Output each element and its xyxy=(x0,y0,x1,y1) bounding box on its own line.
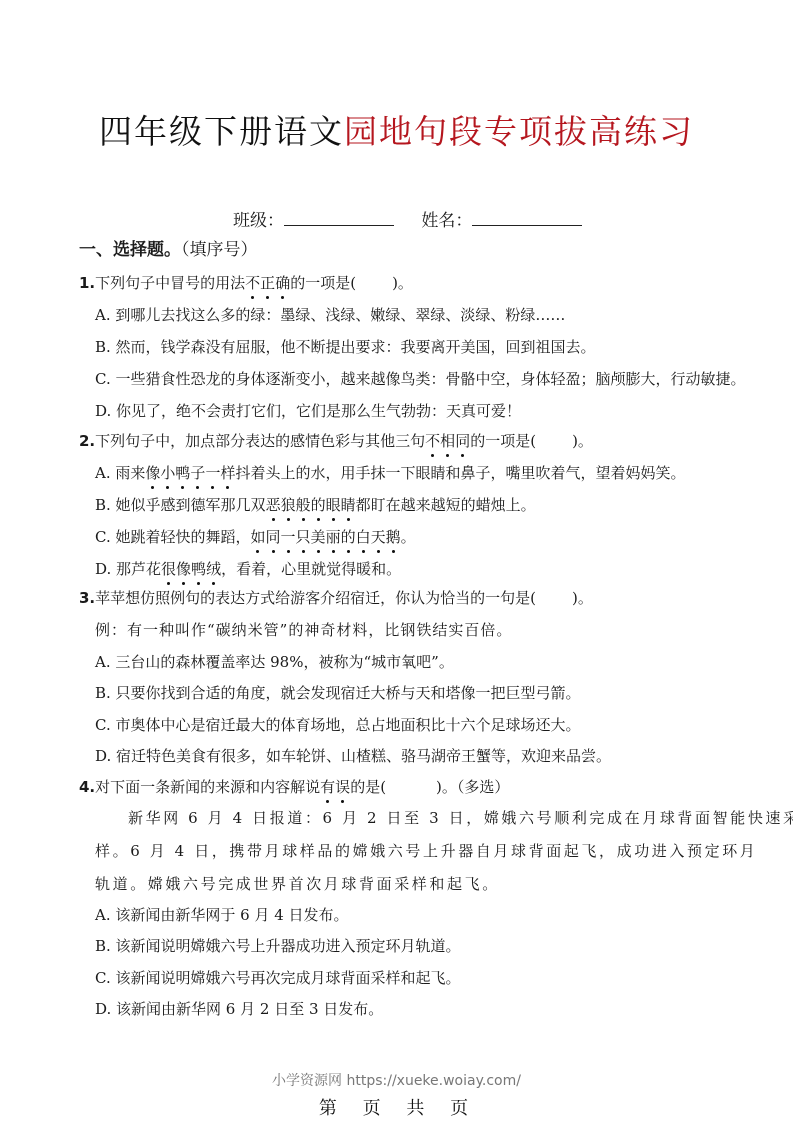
name-blank[interactable] xyxy=(472,207,582,226)
option-text: ，看着，心里就觉得暖和。 xyxy=(221,560,401,578)
footer-source-link[interactable]: 小学资源网 https://xueke.woiay.com/ xyxy=(0,1070,793,1090)
student-info: 班级： 姓名： xyxy=(233,207,582,233)
stem-text: )。（多选） xyxy=(436,778,509,796)
emphasis-char: 绒 xyxy=(206,558,221,580)
emphasis-char: 的 xyxy=(341,526,356,548)
option-3a: A. 三台山的森林覆盖率达 98%，被称为“城市氧吧”。 xyxy=(95,651,454,673)
emphasis-char: 的 xyxy=(311,494,326,516)
emphasis-char: 像 xyxy=(176,558,191,580)
stem-text: 对下面一条新闻的来源和内容解说 xyxy=(95,778,320,796)
option-4d: D. 该新闻由新华网 6 月 2 日至 3 日发布。 xyxy=(95,998,383,1020)
option-3b: B. 只要你找到合适的角度，就会发现宿迁大桥与天和塔像一把巨型弓箭。 xyxy=(95,682,581,704)
question-4-stem: 4.对下面一条新闻的来源和内容解说有误的是()。（多选） xyxy=(79,776,509,798)
question-number: 3. xyxy=(79,589,95,607)
question-number: 2. xyxy=(79,432,95,450)
emphasis-char: 有 xyxy=(320,776,335,798)
stem-text: 下列句子中，加点部分表达的感情色彩与其他三句 xyxy=(95,432,425,450)
section-heading: 一、选择题。（填序号） xyxy=(79,238,258,262)
emphasis-char: 美 xyxy=(311,526,326,548)
emphasis-char: 小 xyxy=(160,462,175,484)
example-sentence: 例：有一种叫作“碳纳米管”的神奇材料，比钢铁结实百倍。 xyxy=(95,619,512,641)
emphasis-char: 鸭 xyxy=(175,462,190,484)
emphasis-char: 同 xyxy=(455,430,470,452)
stem-text: )。 xyxy=(392,274,413,292)
emphasis-char: 恶 xyxy=(266,494,281,516)
emphasis-char: 白 xyxy=(356,526,371,548)
section-title: 一、选择题。 xyxy=(79,240,181,260)
emphasis-char: 如 xyxy=(250,526,265,548)
emphasis-char: 般 xyxy=(296,494,311,516)
option-text: D. 那芦花 xyxy=(95,560,161,578)
title-part-grade: 四年级下册语文 xyxy=(99,112,344,151)
page-title: 四年级下册语文园地句段专项拔高练习 xyxy=(0,110,793,154)
emphasis-char: 眼 xyxy=(326,494,341,516)
emphasis-char: 确 xyxy=(275,272,290,294)
question-number: 4. xyxy=(79,778,95,796)
option-text: 。 xyxy=(401,528,416,546)
option-text: A. 雨来 xyxy=(95,464,145,482)
class-blank[interactable] xyxy=(284,207,394,226)
option-1c: C. 一些猎食性恐龙的身体逐渐变小，越来越像鸟类：骨骼中空，身体轻盈；脑颅膨大，… xyxy=(95,368,745,390)
emphasis-char: 丽 xyxy=(326,526,341,548)
emphasis-char: 不 xyxy=(425,430,440,452)
question-1-stem: 1.下列句子中冒号的用法不正确的一项是()。 xyxy=(79,272,413,294)
emphasis-char: 睛 xyxy=(341,494,356,516)
emphasis-char: 只 xyxy=(296,526,311,548)
stem-text: )。 xyxy=(572,432,593,450)
emphasis-char: 一 xyxy=(205,462,220,484)
emphasis-char: 像 xyxy=(145,462,160,484)
option-text: B. 她似乎感到德军那几双 xyxy=(95,496,266,514)
stem-text: 的一项是( xyxy=(470,432,536,450)
stem-text: 苹苹想仿照例句的表达方式给游客介绍宿迁，你认为恰当的一句是( xyxy=(95,589,536,607)
news-line-1: 新华网 6 月 4 日报道：6 月 2 日至 3 日，嫦娥六号顺利完成在月球背面… xyxy=(128,807,793,829)
emphasis-char: 不 xyxy=(245,272,260,294)
option-3c: C. 市奥体中心是宿迁最大的体育场地，总占地面积比十六个足球场还大。 xyxy=(95,714,580,736)
option-2b: B. 她似乎感到德军那几双恶狼般的眼睛都盯在越来越短的蜡烛上。 xyxy=(95,494,536,516)
option-2c: C. 她跳着轻快的舞蹈，如同一只美丽的白天鹅。 xyxy=(95,526,416,548)
title-part-topic: 园地句段专项拔高练习 xyxy=(344,112,694,151)
stem-text: 下列句子中冒号的用法 xyxy=(95,274,245,292)
option-text: C. 她跳着轻快的舞蹈， xyxy=(95,528,250,546)
name-label: 姓名： xyxy=(421,211,472,231)
option-4b: B. 该新闻说明嫦娥六号上升器成功进入预定环月轨道。 xyxy=(95,935,461,957)
emphasis-char: 正 xyxy=(260,272,275,294)
option-4c: C. 该新闻说明嫦娥六号再次完成月球背面采样和起飞。 xyxy=(95,967,460,989)
emphasis-char: 鹅 xyxy=(386,526,401,548)
emphasis-char: 一 xyxy=(281,526,296,548)
emphasis-char: 误 xyxy=(335,776,350,798)
question-number: 1. xyxy=(79,274,95,292)
question-3-stem: 3.苹苹想仿照例句的表达方式给游客介绍宿迁，你认为恰当的一句是()。 xyxy=(79,587,593,609)
emphasis-char: 子 xyxy=(190,462,205,484)
option-text: 抖着头上的水，用手抹一下眼睛和鼻子，嘴里吹着气，望着妈妈笑。 xyxy=(235,464,685,482)
option-2d: D. 那芦花很像鸭绒，看着，心里就觉得暖和。 xyxy=(95,558,401,580)
option-1d: D. 你见了，绝不会责打它们，它们是那么生气勃勃：天真可爱！ xyxy=(95,400,521,422)
stem-text: 的是( xyxy=(350,778,386,796)
page-number: 第 页 共 页 xyxy=(0,1094,793,1120)
emphasis-char: 相 xyxy=(440,430,455,452)
emphasis-char: 鸭 xyxy=(191,558,206,580)
option-1a: A. 到哪儿去找这么多的绿：墨绿、浅绿、嫩绿、翠绿、淡绿、粉绿…… xyxy=(95,304,565,326)
news-line-3: 轨道。嫦娥六号完成世界首次月球背面采样和起飞。 xyxy=(95,873,500,895)
class-label: 班级： xyxy=(233,211,284,231)
option-1b: B. 然而，钱学森没有屈服，他不断提出要求：我要离开美国，回到祖国去。 xyxy=(95,336,596,358)
stem-text: 的一项是( xyxy=(290,274,356,292)
emphasis-char: 天 xyxy=(371,526,386,548)
news-line-2: 样。6 月 4 日，携带月球样品的嫦娥六号上升器自月球背面起飞，成功进入预定环月 xyxy=(95,840,757,862)
option-3d: D. 宿迁特色美食有很多，如车轮饼、山楂糕、骆马湖帝王蟹等，欢迎来品尝。 xyxy=(95,745,611,767)
option-2a: A. 雨来像小鸭子一样抖着头上的水，用手抹一下眼睛和鼻子，嘴里吹着气，望着妈妈笑… xyxy=(95,462,685,484)
question-2-stem: 2.下列句子中，加点部分表达的感情色彩与其他三句不相同的一项是()。 xyxy=(79,430,593,452)
stem-text: )。 xyxy=(572,589,593,607)
option-text: 都盯在越来越短的蜡烛上。 xyxy=(356,496,536,514)
emphasis-char: 很 xyxy=(161,558,176,580)
emphasis-char: 狼 xyxy=(281,494,296,516)
option-4a: A. 该新闻由新华网于 6 月 4 日发布。 xyxy=(95,904,349,926)
emphasis-char: 同 xyxy=(266,526,281,548)
emphasis-char: 样 xyxy=(220,462,235,484)
section-note: （填序号） xyxy=(181,240,258,260)
